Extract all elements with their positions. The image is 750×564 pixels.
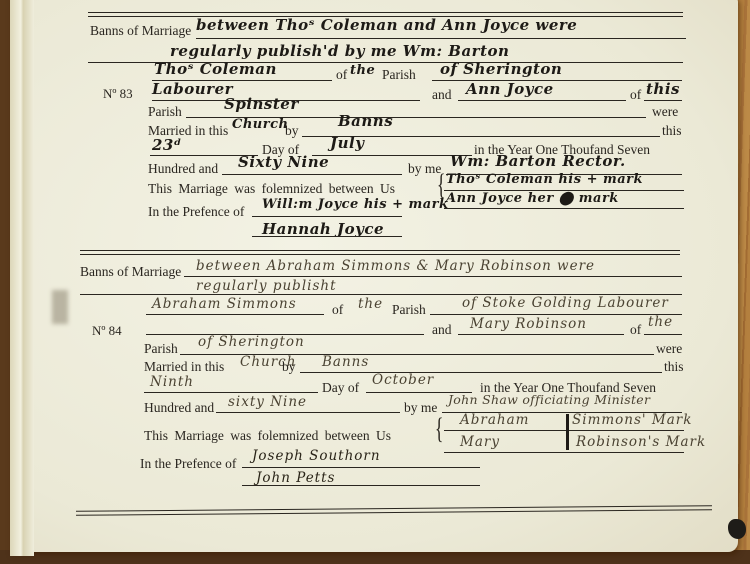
printed-solemnized: This Marriage was folemnized between Us bbox=[148, 182, 395, 196]
printed-of: of bbox=[630, 323, 641, 337]
banns-text-line1: between Thoˢ Coleman and Ann Joyce were bbox=[196, 18, 577, 33]
printed-married-in-this: Married in this bbox=[144, 360, 224, 374]
entry-number: Nº 83 bbox=[103, 86, 133, 102]
printed-hundred-and: Hundred and bbox=[148, 162, 218, 176]
rule bbox=[252, 236, 402, 237]
rule bbox=[216, 412, 400, 413]
printed-by: by bbox=[282, 360, 296, 374]
witness-1: Joseph Southorn bbox=[252, 450, 381, 464]
banns-text-line1: between Abraham Simmons & Mary Robinson … bbox=[196, 260, 595, 274]
rule bbox=[196, 38, 686, 39]
rule bbox=[242, 485, 480, 486]
entry-number: Nº 84 bbox=[92, 323, 122, 339]
printed-presence: In the Prefence of bbox=[140, 457, 236, 471]
banns-text-line2: regularly publisht bbox=[196, 280, 337, 294]
groom-parish: of Sherington bbox=[440, 62, 562, 77]
bride-name: Mary Robinson bbox=[470, 318, 587, 332]
printed-were: were bbox=[652, 105, 678, 119]
rule bbox=[430, 314, 682, 315]
brace: { bbox=[435, 414, 444, 444]
printed-this: this bbox=[664, 360, 684, 374]
groom-occupation: Labourer bbox=[152, 82, 233, 97]
printed-of: of bbox=[332, 303, 343, 317]
printed-parish: Parish bbox=[144, 342, 178, 356]
printed-and: and bbox=[432, 88, 452, 102]
printed-of: of bbox=[630, 88, 641, 102]
party-1-signature: Thoˢ Coleman his + mark bbox=[446, 173, 643, 186]
bride-name: Ann Joyce bbox=[466, 82, 554, 97]
printed-were: were bbox=[656, 342, 682, 356]
groom-parish-of: the bbox=[350, 64, 375, 77]
marriage-day: 23ᵈ bbox=[152, 138, 182, 153]
bride-status: Spinster bbox=[224, 97, 299, 112]
rule bbox=[644, 100, 682, 101]
printed-and: and bbox=[432, 323, 452, 337]
printed-solemnized: This Marriage was folemnized between Us bbox=[144, 429, 391, 443]
printed-parish: Parish bbox=[392, 303, 426, 317]
rule bbox=[242, 467, 480, 468]
marriage-day: Ninth bbox=[150, 376, 194, 390]
party-2-signature: Ann Joyce her ⬤ mark bbox=[446, 192, 619, 205]
party-2-mark: Robinson's Mark bbox=[576, 436, 706, 450]
groom-parish: of Stoke Golding Labourer bbox=[462, 297, 669, 311]
signature-divider bbox=[566, 414, 569, 450]
rule bbox=[444, 452, 684, 453]
printed-of: of bbox=[336, 68, 347, 82]
printed-parish: Parish bbox=[148, 105, 182, 119]
marriage-month: July bbox=[330, 136, 364, 151]
groom-name: Thoˢ Coleman bbox=[154, 62, 277, 77]
rule bbox=[300, 372, 662, 373]
brace: { bbox=[437, 170, 446, 200]
party-1-first-name: Abraham bbox=[460, 414, 529, 428]
printed-hundred-and: Hundred and bbox=[144, 401, 214, 415]
year-words: sixty Nine bbox=[228, 396, 307, 410]
bride-parish: of Sherington bbox=[198, 336, 305, 350]
party-1-mark: Simmons' Mark bbox=[572, 414, 692, 428]
officiant: Wm: Barton Rector. bbox=[450, 154, 626, 169]
marriage-month: October bbox=[372, 374, 434, 388]
rule bbox=[222, 174, 402, 175]
witness-2: Hannah Joyce bbox=[262, 222, 384, 237]
rule bbox=[146, 314, 324, 315]
groom-parish-of: the bbox=[358, 298, 383, 312]
banns-label: Banns of Marriage bbox=[90, 24, 191, 38]
printed-day-of: Day of bbox=[322, 381, 359, 395]
bride-parish-of: the bbox=[648, 316, 673, 330]
rule bbox=[252, 216, 402, 217]
witness-2: John Petts bbox=[256, 472, 335, 486]
rule bbox=[312, 155, 472, 156]
ink-blot bbox=[728, 519, 746, 539]
entry-top-rule bbox=[80, 250, 680, 255]
rule bbox=[144, 392, 318, 393]
witness-1: Will:m Joyce his + mark bbox=[262, 198, 449, 211]
desk-edge bbox=[0, 550, 750, 564]
party-2-first-name: Mary bbox=[460, 436, 500, 450]
rule bbox=[184, 276, 682, 277]
ink-smudge bbox=[52, 290, 68, 324]
married-by: Banns bbox=[338, 114, 393, 129]
book-gutter bbox=[10, 0, 34, 556]
rule bbox=[644, 334, 682, 335]
rule bbox=[444, 430, 684, 431]
rule bbox=[458, 334, 624, 335]
married-in: Church bbox=[232, 118, 288, 131]
married-by: Banns bbox=[322, 356, 369, 370]
printed-presence: In the Prefence of bbox=[148, 205, 244, 219]
printed-parish: Parish bbox=[382, 68, 416, 82]
year-words: Sixty Nine bbox=[238, 155, 329, 170]
rule bbox=[444, 208, 684, 209]
printed-by-me: by me bbox=[404, 401, 437, 415]
rule bbox=[458, 100, 626, 101]
banns-text-line2: regularly publish'd by me Wm: Barton bbox=[170, 44, 509, 59]
bride-parish-of: this bbox=[646, 82, 680, 97]
officiant: John Shaw officiating Minister bbox=[448, 394, 650, 407]
banns-label: Banns of Marriage bbox=[80, 265, 181, 279]
printed-by: by bbox=[285, 124, 299, 138]
printed-this: this bbox=[662, 124, 682, 138]
groom-name: Abraham Simmons bbox=[152, 298, 297, 312]
